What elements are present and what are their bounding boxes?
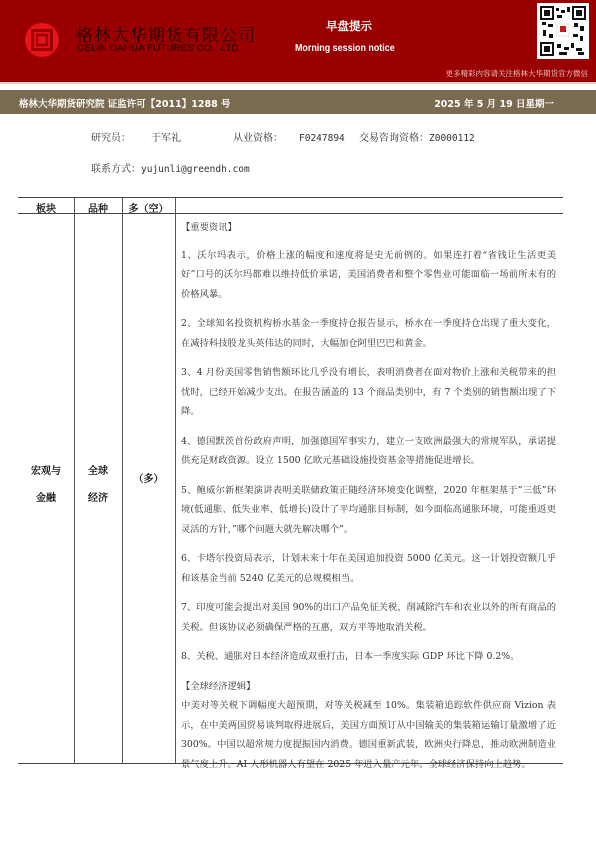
column-divider <box>175 198 176 763</box>
header-sector: 板块 <box>18 200 74 215</box>
news-item-4: 4、德国默茨首份政府声明，加强德国军事实力，建立一支欧洲最强大的常规军队，承诺提… <box>181 432 556 471</box>
wechat-qr-code-icon <box>537 3 589 59</box>
report-title-en: Morning session notice <box>295 42 395 54</box>
sector-line-2: 金融 <box>18 485 74 512</box>
consult-id: Z0000112 <box>429 133 475 144</box>
researcher-label: 研究员： <box>91 129 151 144</box>
consult-label: 交易咨询资格： <box>359 129 429 144</box>
qualification-id: F0247894 <box>299 133 359 144</box>
news-item-8: 8、关税、通胀对日本经济造成双重打击，日本一季度实际 GDP 环比下降 0.2%… <box>181 647 556 667</box>
news-item-2: 2、全球知名投资机构桥水基金一季度持仓报告显示，桥水在一季度持仓出现了重大变化，… <box>181 314 556 353</box>
news-item-7: 7、印度可能会提出对美国 90%的出口产品免征关税，削减除汽车和农业以外的所有商… <box>181 598 556 637</box>
info-bar: 格林大华期货研究院 证监许可【2011】1288 号 2025 年 5 月 19… <box>0 90 596 114</box>
variety-line-1: 全球 <box>74 458 122 485</box>
researcher-name: 于军礼 <box>151 129 233 144</box>
company-name-en: GELIN DAHUA FUTURES CO., LTD. <box>77 43 242 54</box>
morning-notice-table: 板块 品种 多（空） 宏观与 金融 全球 经济 （多） 【重要资讯】 1、沃尔玛… <box>18 197 563 764</box>
qualification-label: 从业资格： <box>233 129 299 144</box>
contact-info: 联系方式：yujunli@greendh.com <box>91 160 250 175</box>
news-item-3: 3、4 月份美国零售销售额环比几乎没有增长，表明消费者在面对物价上涨和关税带来的… <box>181 363 556 422</box>
news-item-1: 1、沃尔玛表示，价格上涨的幅度和速度将是史无前例的。如果连打着“省钱让生活更美好… <box>181 246 556 305</box>
contact-label: 联系方式： <box>91 164 141 175</box>
news-content-cell: 【重要资讯】 1、沃尔玛表示，价格上涨的幅度和速度将是史无前例的。如果连打着“省… <box>181 218 556 774</box>
report-date: 2025 年 5 月 19 日星期一 <box>434 96 554 110</box>
direction-cell: （多） <box>122 470 175 485</box>
follow-wechat-text: 更多精彩内容请关注格林大华期货官方微信 <box>446 68 589 79</box>
variety-line-2: 经济 <box>74 485 122 512</box>
contact-email[interactable]: yujunli@greendh.com <box>141 164 250 175</box>
report-title-cn: 早盘提示 <box>326 18 372 34</box>
logic-section-title: 【全球经济逻辑】 <box>181 677 556 697</box>
news-item-6: 6、卡塔尔投资局表示，计划未来十年在美国追加投资 5000 亿美元。这一计划投资… <box>181 549 556 588</box>
company-logo-icon <box>24 22 60 58</box>
header-banner: 格林大华期货有限公司 GELIN DAHUA FUTURES CO., LTD.… <box>0 0 596 82</box>
banner-divider <box>0 82 596 84</box>
sector-line-1: 宏观与 <box>18 458 74 485</box>
sector-cell: 宏观与 金融 <box>18 458 74 512</box>
header-variety: 品种 <box>74 200 122 215</box>
header-direction: 多（空） <box>122 200 175 215</box>
news-section-title: 【重要资讯】 <box>181 218 556 238</box>
institute-license: 格林大华期货研究院 证监许可【2011】1288 号 <box>19 96 231 110</box>
table-header: 板块 品种 多（空） <box>18 198 563 214</box>
variety-cell: 全球 经济 <box>74 458 122 512</box>
logic-text: 中美对等关税下调幅度大超预期，对等关税减至 10%。集装箱追踪软件供应商 Viz… <box>181 696 556 774</box>
news-item-5: 5、鲍威尔新框架演讲表明美联储政策正随经济环境变化调整，2020 年框架基于”三… <box>181 481 556 540</box>
author-info: 研究员：于军礼从业资格：F0247894交易咨询资格：Z0000112 <box>91 129 475 144</box>
